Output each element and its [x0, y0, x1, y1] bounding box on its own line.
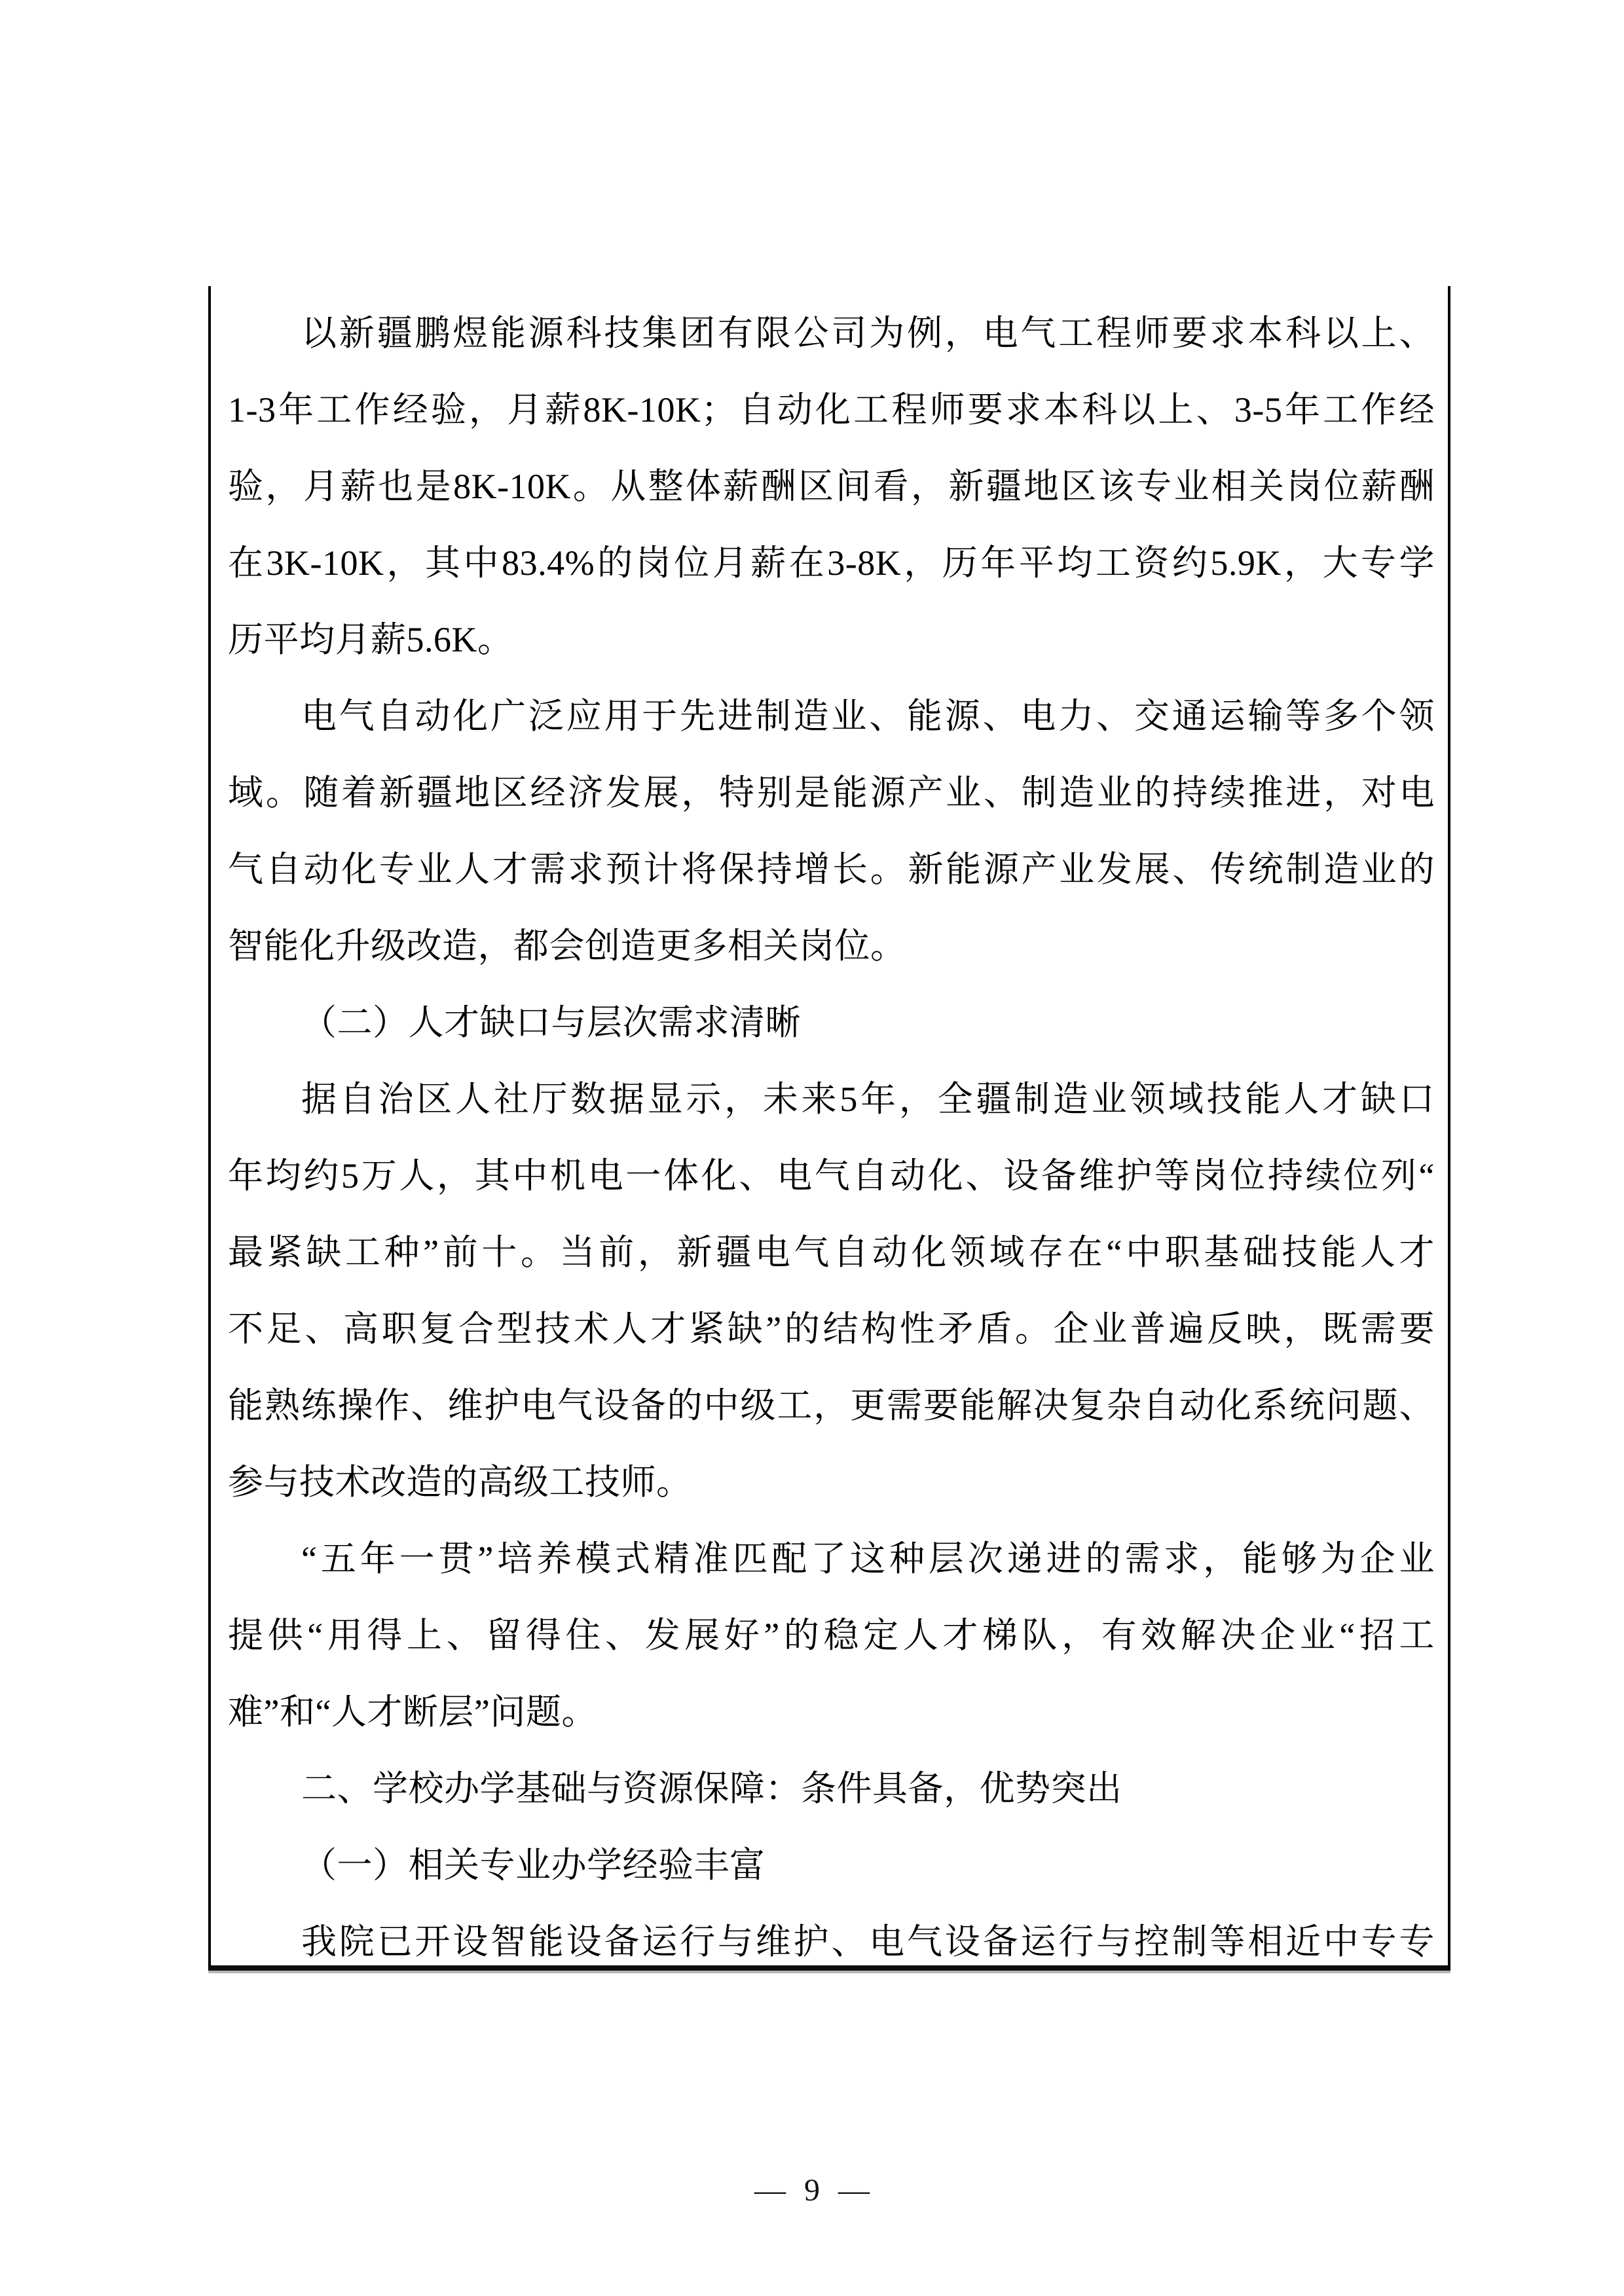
text-line: “五年一贯”培养模式精准匹配了这种层次递进的需求，能够为企业: [228, 1521, 1435, 1597]
text-line: 我院已开设智能设备运行与维护、电气设备运行与控制等相近中专专: [228, 1904, 1435, 1980]
table-cell-border: 以新疆鹏煜能源科技集团有限公司为例，电气工程师要求本科以上、1-3年工作经验，月…: [208, 286, 1450, 1971]
text-line: 以新疆鹏煜能源科技集团有限公司为例，电气工程师要求本科以上、: [228, 295, 1435, 372]
text-line: 智能化升级改造，都会创造更多相关岗位。: [228, 908, 1435, 985]
text-line: 据自治区人社厅数据显示，未来5年，全疆制造业领域技能人才缺口: [228, 1061, 1435, 1138]
text-line: 在3K-10K，其中83.4%的岗位月薪在3-8K，历年平均工资约5.9K，大专…: [228, 525, 1435, 602]
text-line: 提供“用得上、留得住、发展好”的稳定人才梯队，有效解决企业“招工: [228, 1597, 1435, 1674]
text-line: 验，月薪也是8K-10K。从整体薪酬区间看，新疆地区该专业相关岗位薪酬: [228, 448, 1435, 525]
text-line: 不足、高职复合型技术人才紧缺”的结构性矛盾。企业普遍反映，既需要: [228, 1291, 1435, 1368]
text-line: 二、学校办学基础与资源保障：条件具备，优势突出: [228, 1751, 1435, 1827]
text-line: 电气自动化广泛应用于先进制造业、能源、电力、交通运输等多个领: [228, 678, 1435, 755]
text-line: 1-3年工作经验，月薪8K-10K；自动化工程师要求本科以上、3-5年工作经: [228, 372, 1435, 448]
text-line: 域。随着新疆地区经济发展，特别是能源产业、制造业的持续推进，对电: [228, 755, 1435, 831]
document-page: 以新疆鹏煜能源科技集团有限公司为例，电气工程师要求本科以上、1-3年工作经验，月…: [0, 0, 1624, 2296]
text-line: （一）相关专业办学经验丰富: [228, 1827, 1435, 1904]
text-line: （二）人才缺口与层次需求清晰: [228, 985, 1435, 1061]
page-number: — 9 —: [0, 2167, 1624, 2214]
text-line: 难”和“人才断层”问题。: [228, 1674, 1435, 1751]
text-line: 能熟练操作、维护电气设备的中级工，更需要能解决复杂自动化系统问题、: [228, 1368, 1435, 1444]
text-line: 参与技术改造的高级工技师。: [228, 1444, 1435, 1521]
text-line: 气自动化专业人才需求预计将保持增长。新能源产业发展、传统制造业的: [228, 831, 1435, 908]
text-line: 年均约5万人，其中机电一体化、电气自动化、设备维护等岗位持续位列“: [228, 1138, 1435, 1214]
text-line: 最紧缺工种”前十。当前，新疆电气自动化领域存在“中职基础技能人才: [228, 1214, 1435, 1291]
text-line: 历平均月薪5.6K。: [228, 602, 1435, 678]
body-text: 以新疆鹏煜能源科技集团有限公司为例，电气工程师要求本科以上、1-3年工作经验，月…: [211, 286, 1448, 1980]
